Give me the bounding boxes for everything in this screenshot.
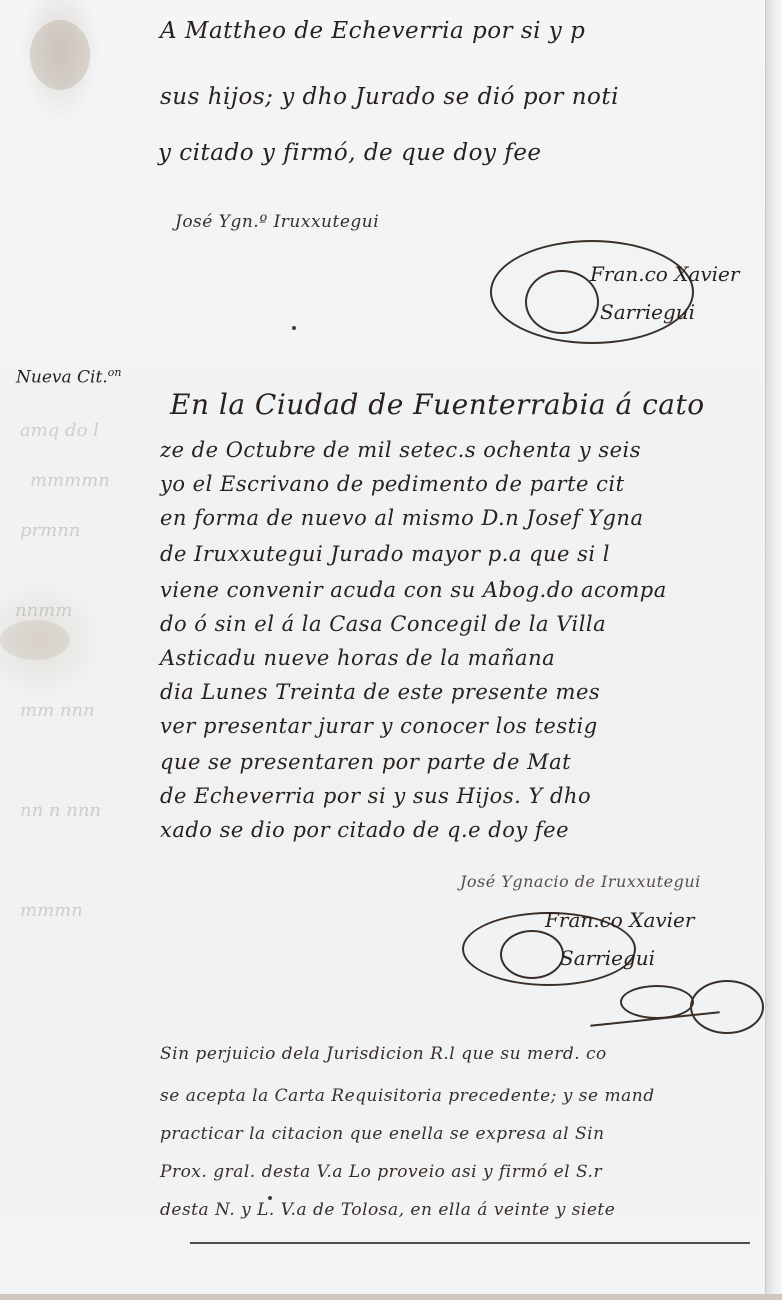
signature-flourish (500, 930, 564, 979)
witness-signature: José Ygn.º Iruxxutegui (175, 212, 379, 232)
ink-blot (268, 1196, 272, 1200)
text-line: viene convenir acuda con su Abog.do acom… (160, 578, 667, 602)
bleed-through-text: nn n nnn (20, 800, 101, 821)
text-line: yo el Escrivano de pedimento de parte ci… (160, 472, 625, 496)
bleed-through-text: nnmm (15, 600, 72, 621)
margin-note: Nueva Cit.on (16, 366, 121, 388)
text-line-opening: En la Ciudad de Fuenterrabia á cato (170, 388, 705, 421)
text-line: Asticadu nueve horas de la mañana (160, 646, 555, 670)
bleed-through-text: mm nnn (20, 700, 95, 721)
text-line: desta N. y L. V.a de Tolosa, en ella á v… (160, 1200, 615, 1220)
text-line: en forma de nuevo al mismo D.n Josef Ygn… (160, 506, 643, 530)
text-line: de Echeverria por si y sus Hijos. Y dho (160, 784, 591, 808)
text-line: practicar la citacion que enella se expr… (160, 1124, 605, 1144)
text-line: se acepta la Carta Requisitoria preceden… (160, 1086, 655, 1106)
notary-signature-line2: Sarriegui (600, 300, 695, 324)
margin-note-text: Nueva Cit. (16, 368, 108, 388)
bleed-through-text: mmmn (20, 900, 83, 921)
text-line: dia Lunes Treinta de este presente mes (160, 680, 600, 704)
notary-signature-line1: Fran.co Xavier (590, 262, 739, 286)
text-line: A Mattheo de Echeverria por si y p (160, 18, 585, 44)
bleed-through-text: amq do l (20, 420, 99, 441)
text-line: Sin perjuicio dela Jurisdicion R.l que s… (160, 1044, 607, 1064)
text-line: Prox. gral. desta V.a Lo proveio asi y f… (160, 1162, 602, 1182)
notary-signature-line1: Fran.co Xavier (545, 908, 694, 932)
paraph-flourish (690, 980, 764, 1034)
paper-stain (0, 620, 70, 660)
manuscript-page: amq do l mmmmn prmnn nnmm mm nnn nn n nn… (0, 0, 766, 1300)
notary-signature-line2: Sarriegui (560, 946, 655, 970)
closing-rule (190, 1242, 750, 1244)
margin-note-superscript: on (108, 366, 122, 379)
paper-stain (30, 20, 90, 90)
bleed-through-text: mmmmn (30, 470, 110, 491)
text-line: xado se dio por citado de q.e doy fee (160, 818, 569, 842)
witness-signature: José Ygnacio de Iruxxutegui (460, 872, 701, 891)
text-line: do ó sin el á la Casa Concegil de la Vil… (160, 612, 606, 636)
text-line: ze de Octubre de mil setec.s ochenta y s… (160, 438, 641, 462)
paraph-flourish (620, 985, 694, 1019)
text-line: de Iruxxutegui Jurado mayor p.a que si l (160, 542, 610, 566)
page-bottom-edge (0, 1294, 782, 1300)
page-edge (765, 0, 782, 1300)
text-line: ver presentar jurar y conocer los testig (160, 714, 598, 738)
bleed-through-text: prmnn (20, 520, 80, 541)
signature-flourish (525, 270, 599, 334)
ink-blot (292, 326, 296, 330)
text-line: y citado y firmó, de que doy fee (158, 140, 542, 166)
text-line: que se presentaren por parte de Mat (160, 750, 571, 774)
text-line: sus hijos; y dho Jurado se dió por noti (160, 84, 619, 110)
